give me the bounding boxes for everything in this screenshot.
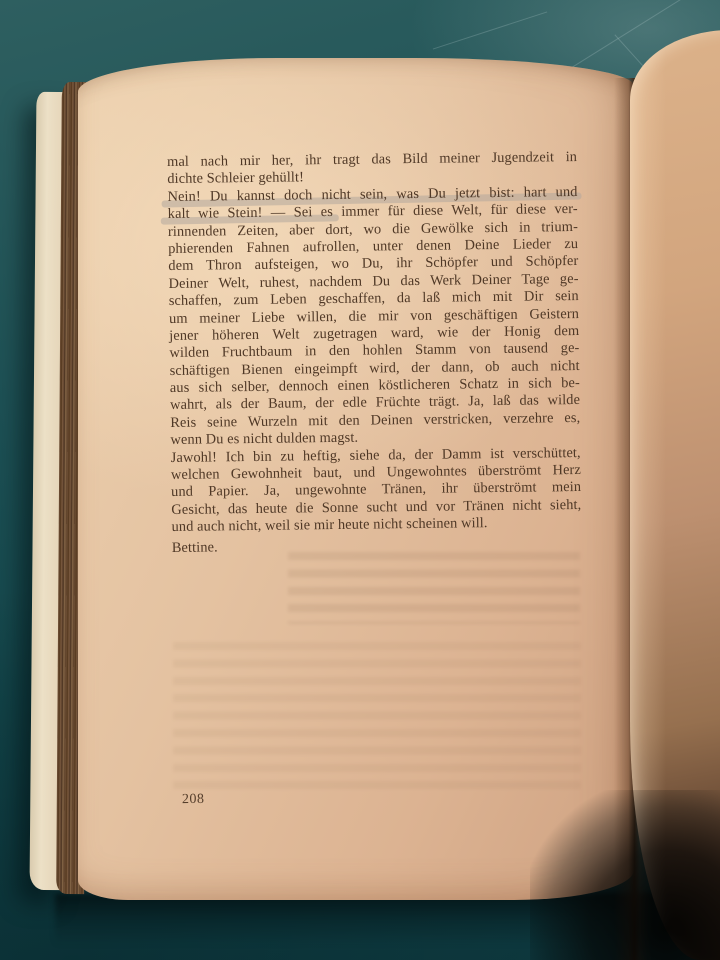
gutter-bottom-shadow — [530, 790, 720, 960]
left-page: mal nach mir her, ihr tragt das Bild mei… — [78, 58, 634, 900]
page-number: 208 — [182, 792, 205, 808]
surface-scratch — [433, 11, 547, 49]
signature: Bettine. — [172, 535, 582, 557]
page-text-block: mal nach mir her, ihr tragt das Bild mei… — [167, 149, 582, 557]
text-line: und auch nicht, weil sie mir heute nicht… — [171, 514, 581, 536]
photo-background: mal nach mir her, ihr tragt das Bild mei… — [0, 0, 720, 960]
show-through-text — [288, 552, 580, 624]
show-through-text — [173, 642, 581, 797]
